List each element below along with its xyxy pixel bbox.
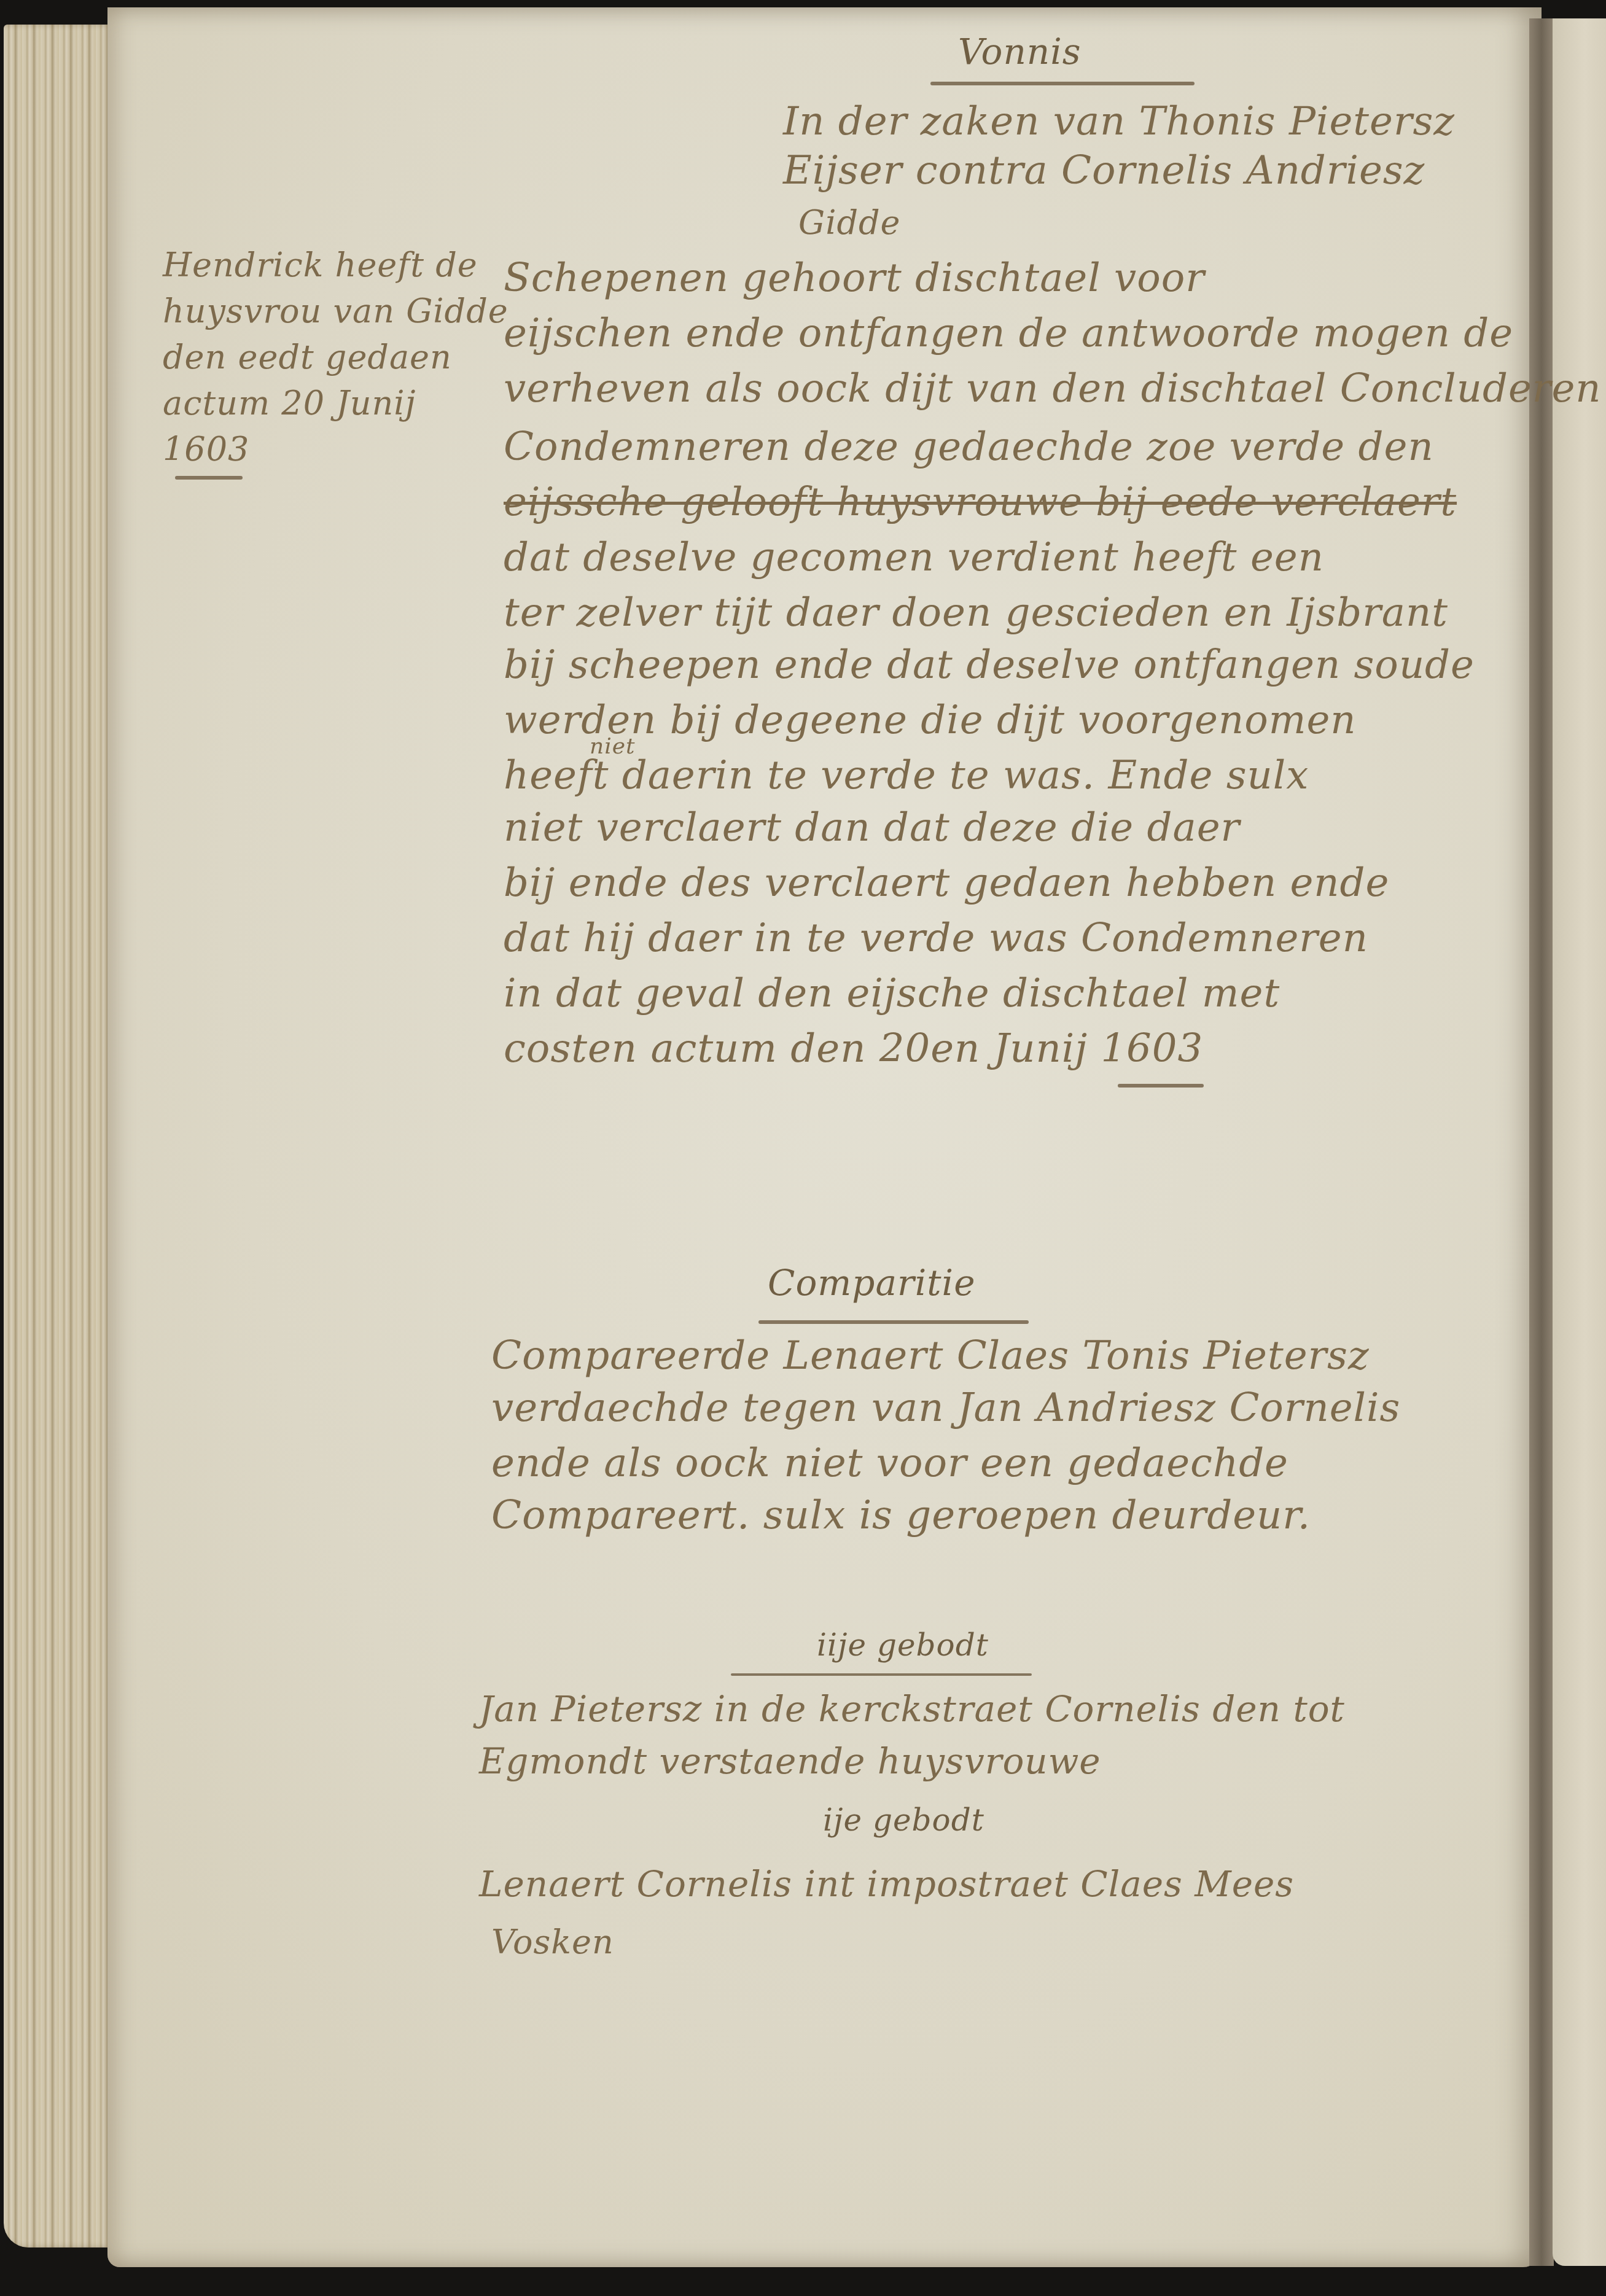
- comparitie-line-3: ende als oock niet voor een gedaechde: [491, 1440, 1288, 1487]
- second-proclamation-line-1: Lenaert Cornelis int impostraet Claes Me…: [479, 1861, 1294, 1907]
- vonnis-line-15: costen actum den 20en Junij 1603: [504, 1025, 1203, 1072]
- vonnis-line-7: ter zelver tijt daer doen gescieden en I…: [504, 590, 1448, 636]
- vonnis-line-4: Condemneren deze gedaechde zoe verde den: [504, 424, 1434, 470]
- vonnis-end-underline: [1118, 1084, 1204, 1088]
- section-heading-second-proclamation: ije gebodt: [823, 1802, 984, 1838]
- vonnis-line-1: Schepenen gehoort dischtael voor: [504, 255, 1205, 302]
- heading-underline: [731, 1673, 1032, 1676]
- comparitie-line-4: Compareert. sulx is geroepen deurdeur.: [491, 1492, 1311, 1539]
- vonnis-subtitle-line-1: In der zaken van Thonis Pietersz: [783, 98, 1455, 145]
- vonnis-line-5: eijssche gelooft huysvrouwe bij eede ver…: [504, 479, 1457, 526]
- margin-note-line-4: actum 20 Junij: [163, 381, 416, 426]
- vonnis-line-12: bij ende des verclaert gedaen hebben end…: [504, 860, 1389, 906]
- adjacent-page-edge: [1553, 18, 1606, 2266]
- vonnis-line-10: heeft daerin te verde te was. Ende sulx: [504, 752, 1309, 799]
- heading-underline: [930, 82, 1195, 85]
- book-fore-edge: [4, 25, 111, 2247]
- margin-note-line-5: 1603: [163, 427, 249, 472]
- section-heading-third-proclamation: iije gebodt: [817, 1627, 989, 1663]
- vonnis-line-6: dat deselve gecomen verdient heeft een: [504, 534, 1324, 581]
- margin-note-underline: [175, 476, 243, 480]
- book-gutter: [1529, 18, 1554, 2266]
- vonnis-line-3: verheven als oock dijt van den dischtael…: [504, 365, 1601, 412]
- comparitie-line-2: verdaechde tegen van Jan Andriesz Cornel…: [491, 1385, 1400, 1431]
- manuscript-scan: Vonnis In der zaken van Thonis Pietersz …: [0, 0, 1606, 2296]
- heading-underline: [758, 1320, 1029, 1324]
- margin-note-line-1: Hendrick heeft de: [163, 243, 478, 288]
- vonnis-subtitle-tail: Gidde: [798, 200, 901, 246]
- comparitie-line-1: Compareerde Lenaert Claes Tonis Pietersz: [491, 1333, 1370, 1379]
- margin-note-line-2: huysvrou van Gidde: [163, 289, 509, 334]
- margin-note-line-3: den eedt gedaen: [163, 335, 452, 380]
- third-proclamation-line-2: Egmondt verstaende huysvrouwe: [479, 1738, 1101, 1784]
- vonnis-subtitle-line-2: Eijser contra Cornelis Andriesz: [783, 147, 1425, 194]
- vonnis-line-11: niet verclaert dan dat deze die daer: [504, 804, 1240, 851]
- vonnis-line-14: in dat geval den eijsche dischtael met: [504, 970, 1280, 1017]
- vonnis-line-8: bij scheepen ende dat deselve ontfangen …: [504, 642, 1475, 688]
- vonnis-line-2: eijschen ende ontfangen de antwoorde mog…: [504, 310, 1513, 357]
- vonnis-line-13: dat hij daer in te verde was Condemneren: [504, 915, 1368, 962]
- section-heading-comparitie: Comparitie: [768, 1262, 975, 1304]
- third-proclamation-line-1: Jan Pietersz in de kerckstraet Cornelis …: [479, 1686, 1345, 1732]
- section-heading-vonnis: Vonnis: [958, 31, 1082, 72]
- second-proclamation-line-2: Vosken: [491, 1919, 614, 1966]
